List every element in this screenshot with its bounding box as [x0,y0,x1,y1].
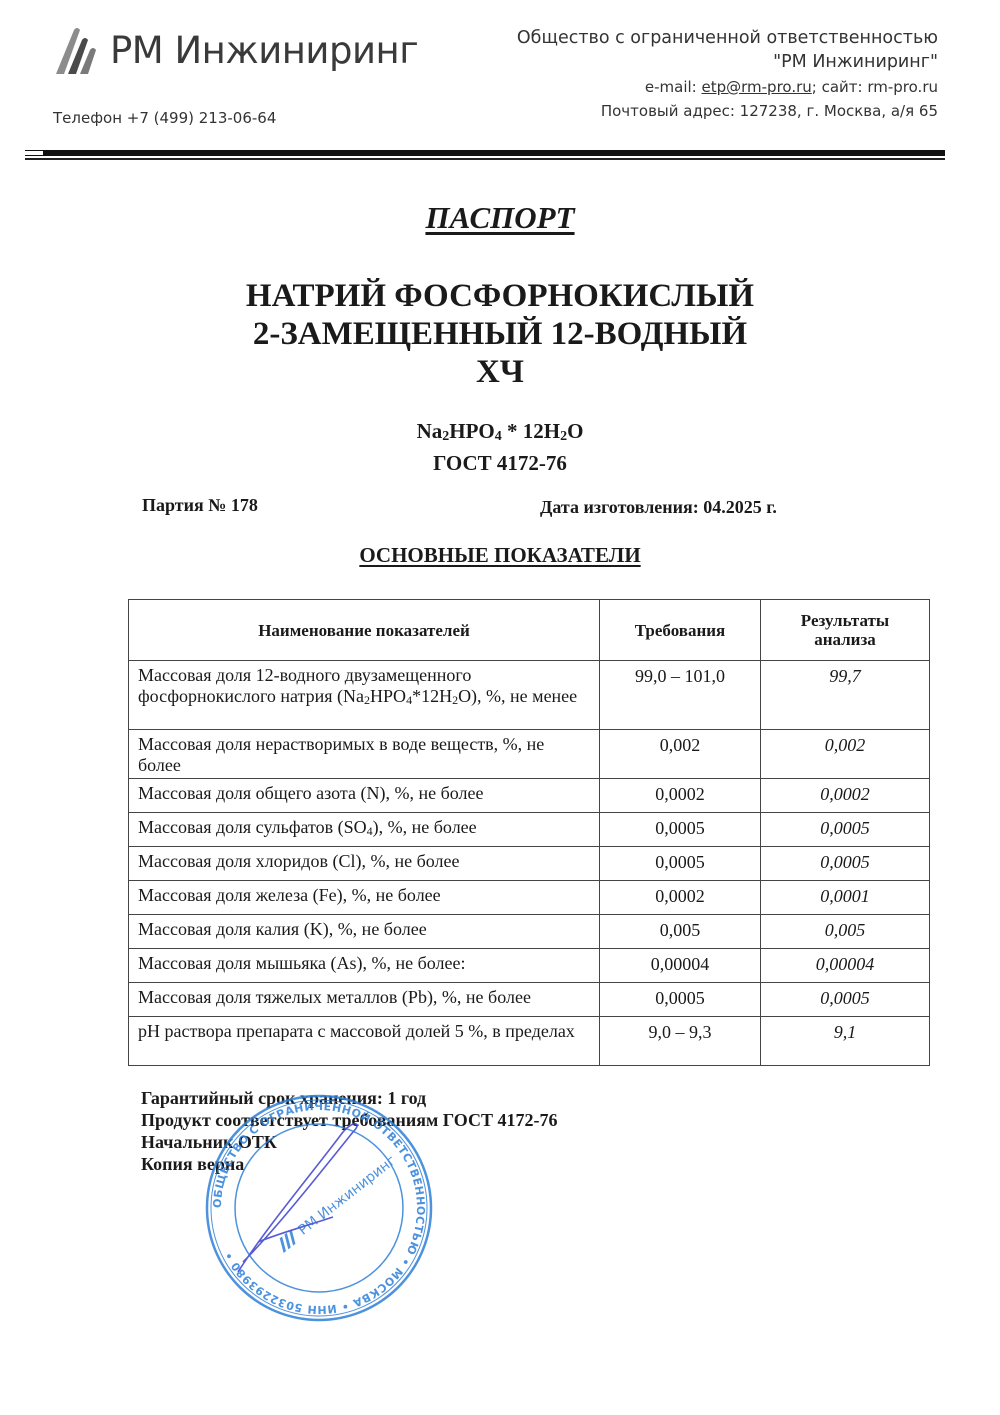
table-header-row: Наименование показателей Требования Резу… [129,600,930,661]
table-row: Массовая доля 12-водного двузамещенного … [129,661,930,730]
chemical-formula-block: Na2HPO4 * 12H2O ГОСТ 4172-76 [0,418,1000,476]
requirement-value: 0,0005 [600,983,761,1017]
chemical-formula: Na2HPO4 * 12H2O [0,418,1000,450]
requirement-value: 0,005 [600,915,761,949]
table-row: Массовая доля нерастворимых в воде вещес… [129,730,930,779]
result-value: 0,005 [761,915,930,949]
company-legal-form: Общество с ограниченной ответственностью [517,26,938,50]
site-text: ; сайт: rm-pro.ru [812,78,938,96]
result-value: 0,0005 [761,847,930,881]
batch-number: Партия № 178 [142,495,258,516]
subscript: 4 [367,824,373,838]
formula-sub: 4 [495,429,502,444]
company-info: Общество с ограниченной ответственностью… [517,26,938,123]
indicator-name: Массовая доля калия (K), %, не более [129,915,600,949]
result-value: 0,0005 [761,983,930,1017]
product-line-1: НАТРИЙ ФОСФОРНОКИСЛЫЙ [0,277,1000,315]
indicator-name: Массовая доля тяжелых металлов (Pb), %, … [129,983,600,1017]
section-title: ОСНОВНЫЕ ПОКАЗАТЕЛИ [0,543,1000,568]
requirement-value: 0,00004 [600,949,761,983]
requirement-value: 99,0 – 101,0 [600,661,761,730]
email-label: e-mail: [645,78,702,96]
result-value: 0,0005 [761,813,930,847]
logo-text: РМ Инжиниринг [110,29,418,72]
requirement-value: 0,0005 [600,847,761,881]
company-stamp: ОБЩЕСТВО С ОГРАНИЧЕННОЙ ОТВЕТСТВЕННОСТЬЮ… [203,1092,435,1324]
result-value: 9,1 [761,1017,930,1066]
manufacture-date: Дата изготовления: 04.2025 г. [540,497,777,518]
email-link[interactable]: etp@rm-pro.ru [702,78,812,96]
formula-o: O [567,419,583,443]
indicator-name: pH раствора препарата с массовой долей 5… [129,1017,600,1066]
requirement-value: 0,0002 [600,779,761,813]
subscript: 2 [364,693,370,707]
formula-water: * 12H [502,419,560,443]
specification-table: Наименование показателей Требования Резу… [128,599,930,1066]
header-rule-thin [25,158,945,160]
result-value: 0,00004 [761,949,930,983]
document-title-text: ПАСПОРТ [425,200,574,235]
subscript: 2 [452,693,458,707]
formula-hpo: HPO [449,419,495,443]
indicator-name: Массовая доля 12-водного двузамещенного … [129,661,600,730]
table-row: Массовая доля сульфатов (SO4), %, не бол… [129,813,930,847]
header-result-text: Результатыанализа [801,611,889,649]
indicator-name: Массовая доля нерастворимых в воде вещес… [129,730,600,779]
indicator-name: Массовая доля общего азота (N), %, не бо… [129,779,600,813]
table-row: Массовая доля калия (K), %, не более0,00… [129,915,930,949]
requirement-value: 0,0005 [600,813,761,847]
table-row: Массовая доля хлоридов (Cl), %, не более… [129,847,930,881]
header-result: Результатыанализа [761,600,930,661]
formula-na: Na [417,419,443,443]
header-requirement: Требования [600,600,761,661]
document-title: ПАСПОРТ [0,200,1000,236]
requirement-value: 9,0 – 9,3 [600,1017,761,1066]
table-row: Массовая доля тяжелых металлов (Pb), %, … [129,983,930,1017]
subscript: 4 [406,693,412,707]
requirement-value: 0,0002 [600,881,761,915]
header-indicator: Наименование показателей [129,600,600,661]
header-rule-notch [25,151,43,155]
result-value: 0,0001 [761,881,930,915]
table-row: Массовая доля железа (Fe), %, не более0,… [129,881,930,915]
product-name: НАТРИЙ ФОСФОРНОКИСЛЫЙ 2-ЗАМЕЩЕННЫЙ 12-ВО… [0,277,1000,391]
table-row: Массовая доля мышьяка (As), %, не более:… [129,949,930,983]
indicator-name: Массовая доля мышьяка (As), %, не более: [129,949,600,983]
table-row: Массовая доля общего азота (N), %, не бо… [129,779,930,813]
product-line-2: 2-ЗАМЕЩЕННЫЙ 12-ВОДНЫЙ [0,315,1000,353]
company-logo: РМ Инжиниринг [52,20,418,80]
result-value: 0,002 [761,730,930,779]
phone-number: Телефон +7 (499) 213-06-64 [53,109,276,127]
requirement-value: 0,002 [600,730,761,779]
indicator-name: Массовая доля хлоридов (Cl), %, не более [129,847,600,881]
postal-address: Почтовый адрес: 127238, г. Москва, а/я 6… [517,99,938,123]
stamp-logo-icon [275,1229,300,1253]
standard: ГОСТ 4172-76 [0,450,1000,476]
stamp-inner-text: РМ Инжиниринг [295,1153,399,1239]
indicator-name: Массовая доля сульфатов (SO4), %, не бол… [129,813,600,847]
table-row: pH раствора препарата с массовой долей 5… [129,1017,930,1066]
logo-stripes-icon [52,22,108,78]
result-value: 99,7 [761,661,930,730]
product-line-3: ХЧ [0,353,1000,391]
company-name: "РМ Инжиниринг" [517,50,938,74]
header-rule-thick [25,150,945,156]
contact-line: e-mail: etp@rm-pro.ru; сайт: rm-pro.ru [517,75,938,99]
indicator-name: Массовая доля железа (Fe), %, не более [129,881,600,915]
section-title-text: ОСНОВНЫЕ ПОКАЗАТЕЛИ [359,543,640,567]
result-value: 0,0002 [761,779,930,813]
